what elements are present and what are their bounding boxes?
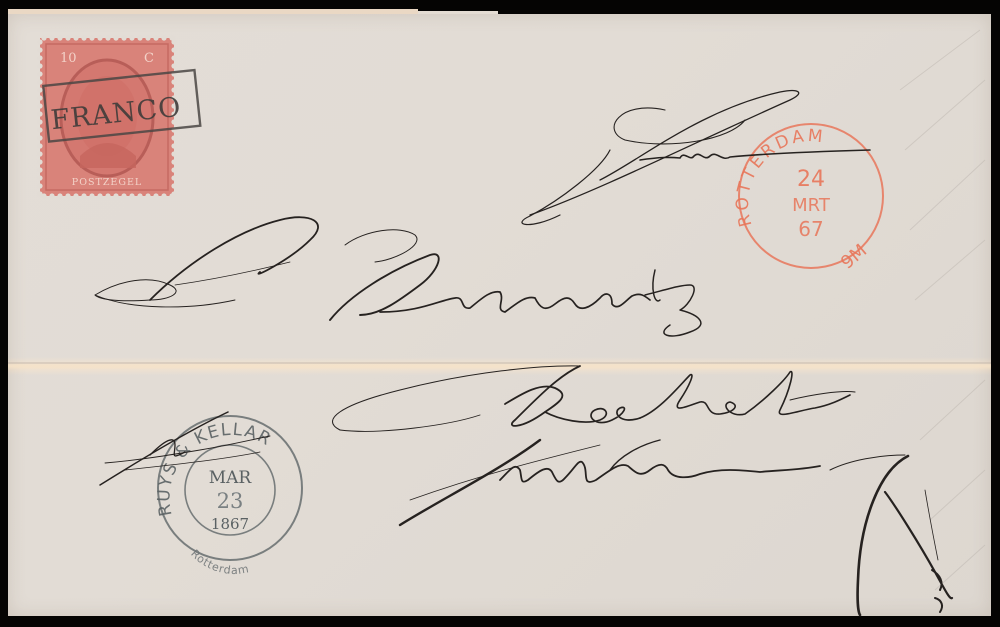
- scan-background: /* no-op */ 10 C POSTZEGEL FRANCO ROTTER…: [0, 0, 1000, 627]
- address-city: Bocholt: [500, 408, 504, 411]
- address-salutation: Heeren: [640, 149, 644, 151]
- sender-note: Ruys & Co: [150, 454, 156, 456]
- corner-note: Gen: [930, 589, 932, 591]
- handwritten-address: Heeren L. Schwartz Bocholt p. Wesel Gen …: [0, 0, 1000, 627]
- address-via: p. Wesel: [500, 479, 505, 481]
